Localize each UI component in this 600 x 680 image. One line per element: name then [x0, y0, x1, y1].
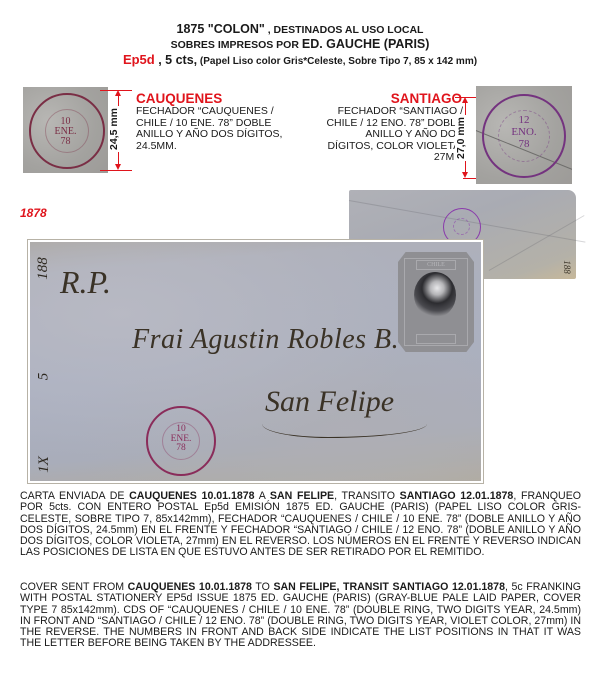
destination-city: San Felipe	[265, 385, 394, 419]
printer-prefix: SOBRES IMPRESOS POR	[171, 39, 302, 51]
cauquenes-front-postmark: 10 ENE. 78	[146, 406, 216, 476]
list-number-1x: 1X	[36, 456, 53, 473]
santiago-postmark-closeup: 12 ENO. 78	[476, 86, 572, 184]
postmark-date: 10 ENE. 78	[23, 117, 108, 147]
printer-name: ED. GAUCHE (PARIS)	[302, 37, 430, 51]
rp-annotation: R.P.	[60, 264, 111, 301]
arrow-up-icon	[115, 90, 121, 96]
santiago-description: FECHADOR “SANTIAGO / CHILE / 12 ENO. 78”…	[318, 106, 463, 164]
dimension-line-bottom	[100, 170, 132, 171]
cauquenes-postmark-closeup: 10 ENE. 78	[23, 87, 108, 173]
cauquenes-description: FECHADOR “CAUQUENES / CHILE / 10 ENE. 78…	[136, 106, 286, 152]
arrow-down-icon	[115, 164, 121, 170]
page-header: 1875 "COLON" , DESTINADOS AL USO LOCAL S…	[0, 22, 600, 70]
cauquenes-dimension: 24,5 mm	[108, 106, 120, 152]
paper-specs: (Papel Liso color Gris*Celeste, Sobre Ti…	[197, 56, 477, 67]
header-line-2: SOBRES IMPRESOS POR ED. GAUCHE (PARIS)	[0, 37, 600, 52]
indicium-label: CHILE	[416, 260, 456, 270]
face-value: , 5 cts,	[155, 53, 197, 67]
year-label: 1878	[20, 206, 47, 220]
postal-stationery-indicium: CHILE	[398, 252, 474, 352]
addressee-name: Frai Agustin Robles B.	[132, 324, 399, 356]
issue-name: 1875 "COLON"	[177, 22, 265, 36]
arrow-down-icon	[462, 172, 468, 178]
header-line-1: 1875 "COLON" , DESTINADOS AL USO LOCAL	[0, 22, 600, 37]
caption-spanish: CARTA ENVIADA DE CAUQUENES 10.01.1878 A …	[20, 491, 581, 559]
caption-english: COVER SENT FROM CAUQUENES 10.01.1878 TO …	[20, 582, 581, 650]
cork-cancel	[414, 272, 456, 318]
issue-purpose: , DESTINADOS AL USO LOCAL	[265, 24, 424, 36]
catalog-code: Ep5d	[123, 52, 155, 67]
cauquenes-title: CAUQUENES	[136, 91, 222, 106]
list-number-188: 188	[35, 257, 52, 280]
santiago-dimension: 27,0 mm	[455, 115, 467, 161]
header-line-3: Ep5d , 5 cts, (Papel Liso color Gris*Cel…	[0, 52, 600, 70]
list-number-5: 5	[35, 373, 52, 381]
santiago-title: SANTIAGO	[376, 91, 462, 106]
arrow-up-icon	[462, 97, 468, 103]
postmark-date: 12 ENO. 78	[476, 114, 572, 150]
back-list-number: 188	[562, 260, 572, 274]
